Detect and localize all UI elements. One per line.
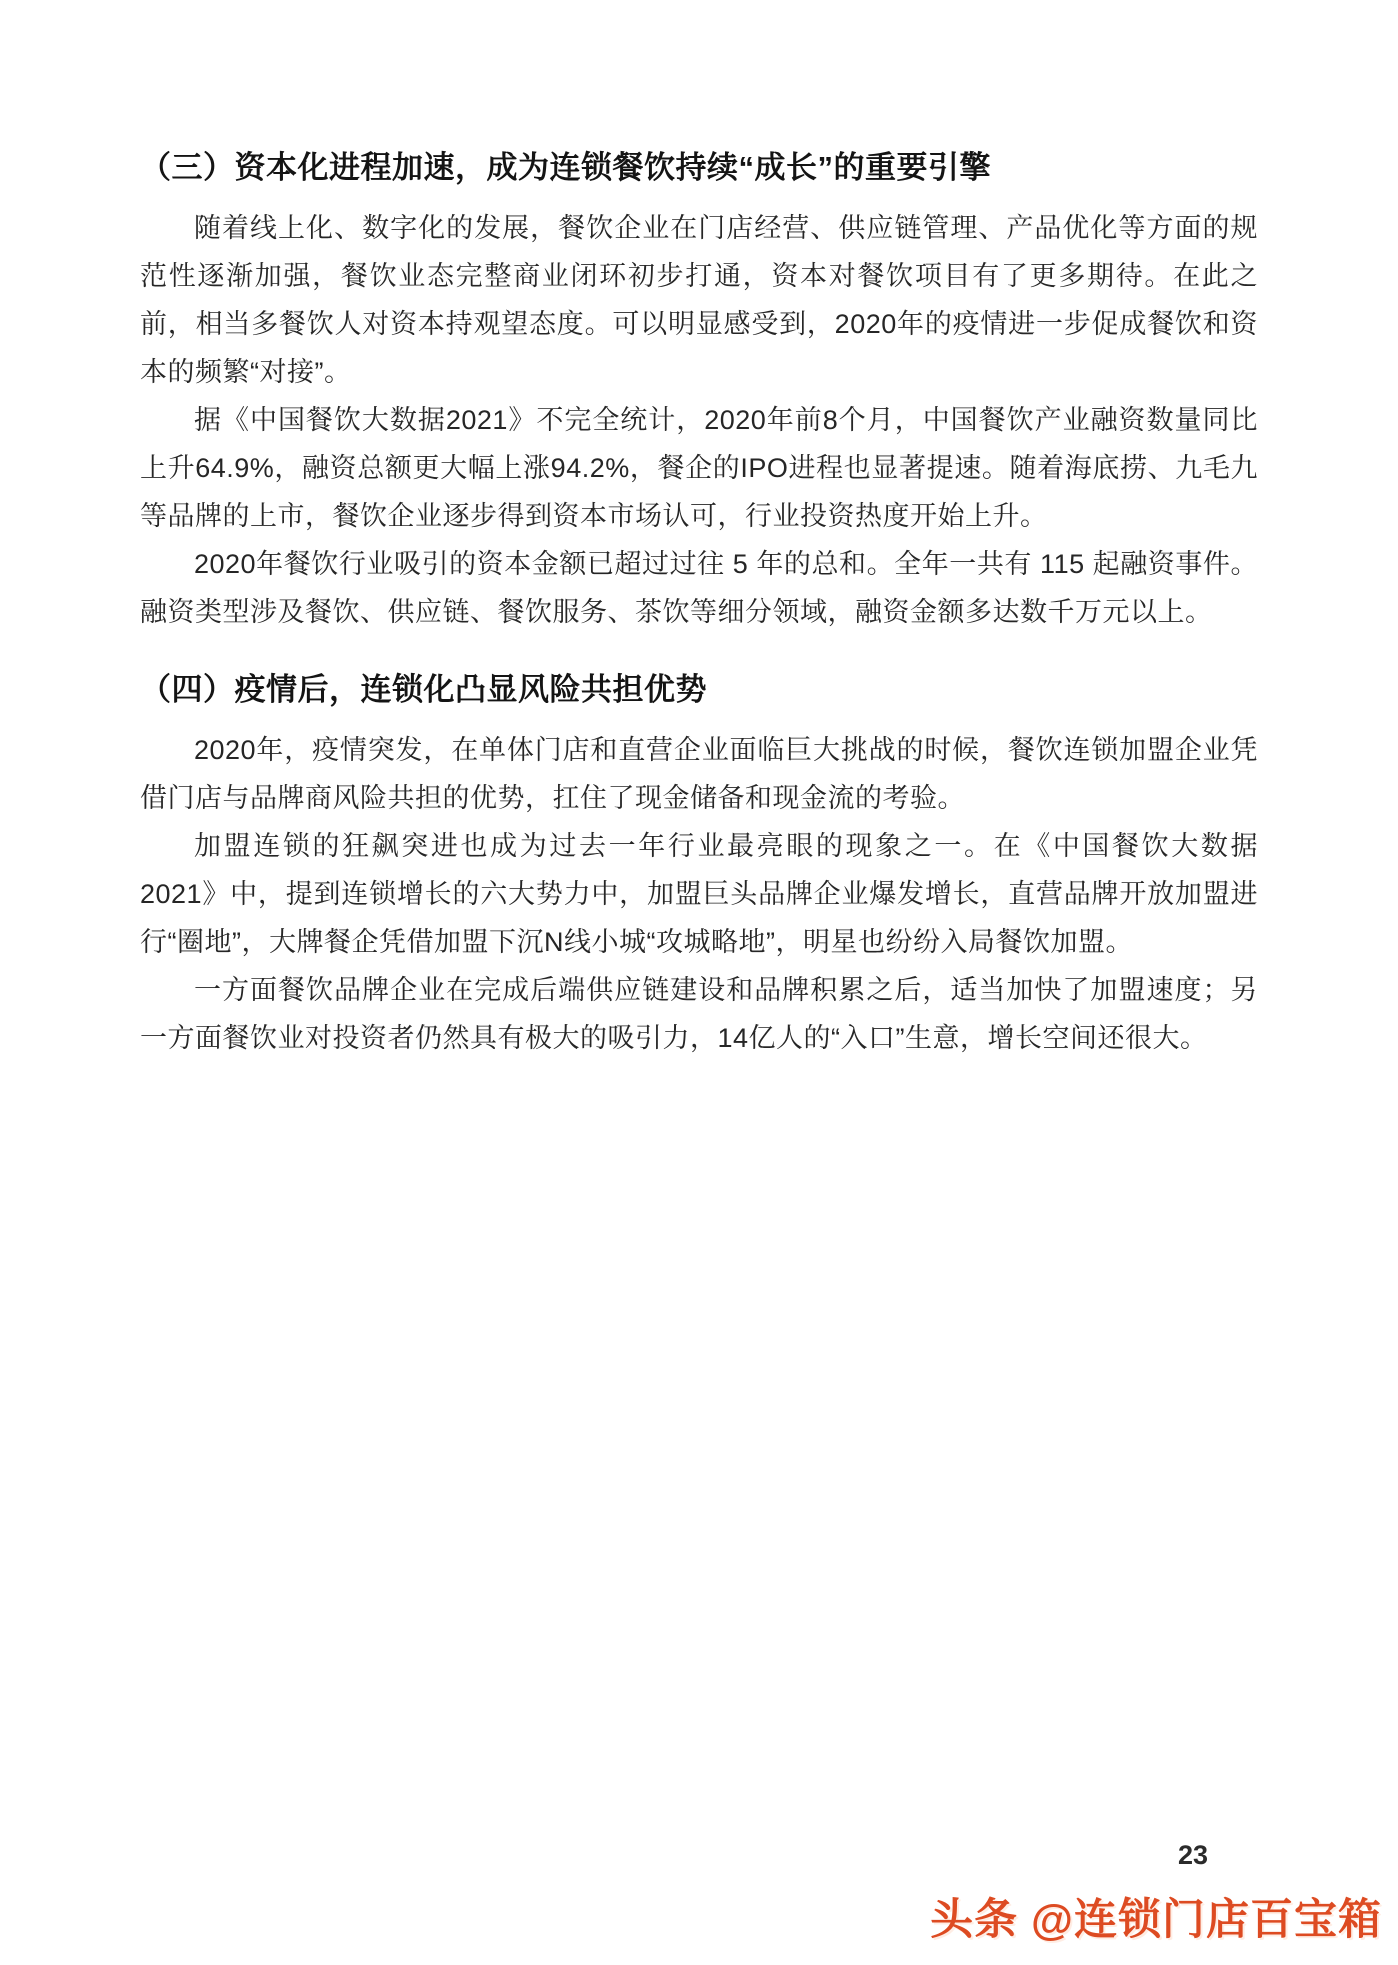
- document-page: （三）资本化进程加速，成为连锁餐饮持续“成长”的重要引擎 随着线上化、数字化的发…: [0, 0, 1398, 1965]
- page-number: 23: [1178, 1840, 1208, 1871]
- body-paragraph: 随着线上化、数字化的发展，餐饮企业在门店经营、供应链管理、产品优化等方面的规范性…: [140, 204, 1258, 396]
- section-capitalization: （三）资本化进程加速，成为连锁餐饮持续“成长”的重要引擎 随着线上化、数字化的发…: [140, 146, 1258, 636]
- body-paragraph: 2020年，疫情突发，在单体门店和直营企业面临巨大挑战的时候，餐饮连锁加盟企业凭…: [140, 726, 1258, 822]
- watermark-toutiao: 头条 @连锁门店百宝箱: [930, 1886, 1382, 1947]
- section-risk-sharing: （四）疫情后，连锁化凸显风险共担优势 2020年，疫情突发，在单体门店和直营企业…: [140, 668, 1258, 1062]
- body-paragraph: 加盟连锁的狂飙突进也成为过去一年行业最亮眼的现象之一。在《中国餐饮大数据2021…: [140, 822, 1258, 966]
- body-paragraph: 据《中国餐饮大数据2021》不完全统计，2020年前8个月，中国餐饮产业融资数量…: [140, 396, 1258, 540]
- body-paragraph: 2020年餐饮行业吸引的资本金额已超过过往 5 年的总和。全年一共有 115 起…: [140, 540, 1258, 636]
- page-content: （三）资本化进程加速，成为连锁餐饮持续“成长”的重要引擎 随着线上化、数字化的发…: [140, 146, 1258, 1062]
- section-heading: （四）疫情后，连锁化凸显风险共担优势: [140, 668, 1258, 712]
- section-heading: （三）资本化进程加速，成为连锁餐饮持续“成长”的重要引擎: [140, 146, 1258, 190]
- body-paragraph: 一方面餐饮品牌企业在完成后端供应链建设和品牌积累之后，适当加快了加盟速度；另一方…: [140, 966, 1258, 1062]
